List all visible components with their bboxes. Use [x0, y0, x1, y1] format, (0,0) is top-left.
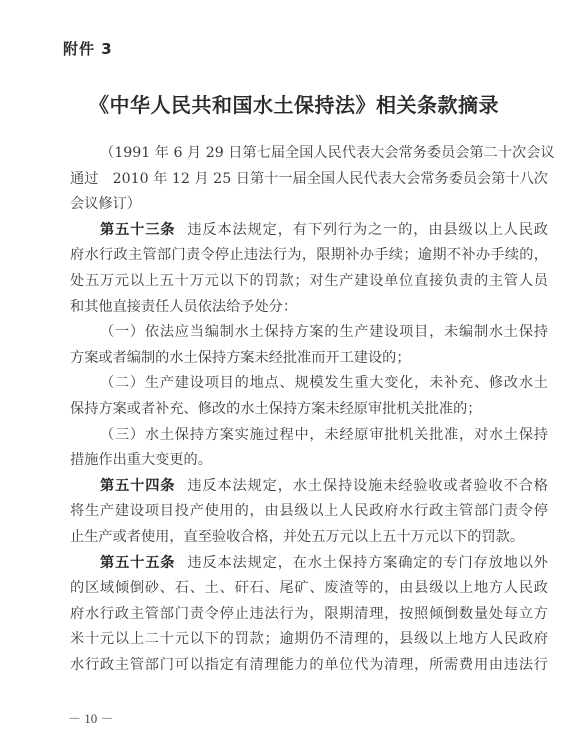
preamble-line: 通过 2010 年 12 月 25 日第十一届全国人民代表大会常务委员会第十八次: [70, 167, 548, 193]
item-line: 措施作出重大变更的。: [70, 448, 548, 474]
preamble-line: 会议修订）: [70, 192, 548, 218]
article-line: 处五万元以上五十万元以下的罚款；对生产建设单位直接负责的主管人员: [70, 269, 548, 295]
article-text: 违反本法规定，水土保持设施未经验收或者验收不合格: [187, 478, 548, 494]
item-line: （二）生产建设项目的地点、规模发生重大变化，未补充、修改水土: [70, 371, 548, 397]
article-number: 第五十四条: [100, 478, 175, 494]
document-page: 附件 3 《中华人民共和国水土保持法》相关条款摘录 （1991 年 6 月 29…: [0, 0, 588, 744]
article-line: 米十元以上二十元以下的罚款；逾期仍不清理的，县级以上地方人民政府: [70, 627, 548, 653]
article-number: 第五十五条: [100, 555, 175, 571]
item-line: （三）水土保持方案实施过程中，未经原审批机关批准，对水土保持: [70, 423, 548, 449]
article-number: 第五十三条: [100, 222, 175, 238]
article-line: 府水行政主管部门责令停止违法行为，限期清理，按照倾倒数量处每立方: [70, 602, 548, 628]
document-title: 《中华人民共和国水土保持法》相关条款摘录: [0, 89, 588, 118]
article-line: 和其他直接责任人员依法给予处分：: [70, 295, 548, 321]
article-55-first-line: 第五十五条违反本法规定，在水土保持方案确定的专门存放地以外: [70, 551, 548, 577]
item-line: 保持方案或者补充、修改的水土保持方案未经原审批机关批准的；: [70, 397, 548, 423]
article-line: 水行政主管部门可以指定有清理能力的单位代为清理，所需费用由违法行: [70, 653, 548, 679]
article-54-first-line: 第五十四条违反本法规定，水土保持设施未经验收或者验收不合格: [70, 474, 548, 500]
page-number: － 10 －: [68, 708, 114, 727]
article-line: 府水行政主管部门责令停止违法行为，限期补办手续；逾期不补办手续的，: [70, 243, 548, 269]
article-text: 违反本法规定，有下列行为之一的，由县级以上人民政: [187, 222, 548, 238]
attachment-label: 附件 3: [63, 38, 113, 59]
article-line: 将生产建设项目投产使用的，由县级以上人民政府水行政主管部门责令停: [70, 499, 548, 525]
article-line: 的区域倾倒砂、石、土、矸石、尾矿、废渣等的，由县级以上地方人民政: [70, 576, 548, 602]
article-53-first-line: 第五十三条违反本法规定，有下列行为之一的，由县级以上人民政: [70, 218, 548, 244]
article-line: 止生产或者使用，直至验收合格，并处五万元以上五十万元以下的罚款。: [70, 525, 548, 551]
preamble-line: （1991 年 6 月 29 日第七届全国人民代表大会常务委员会第二十次会议: [70, 141, 548, 167]
article-text: 违反本法规定，在水土保持方案确定的专门存放地以外: [187, 555, 548, 571]
item-line: 方案或者编制的水土保持方案未经批准而开工建设的；: [70, 346, 548, 372]
item-line: （一）依法应当编制水土保持方案的生产建设项目，未编制水土保持: [70, 320, 548, 346]
document-body: （1991 年 6 月 29 日第七届全国人民代表大会常务委员会第二十次会议 通…: [70, 141, 548, 678]
